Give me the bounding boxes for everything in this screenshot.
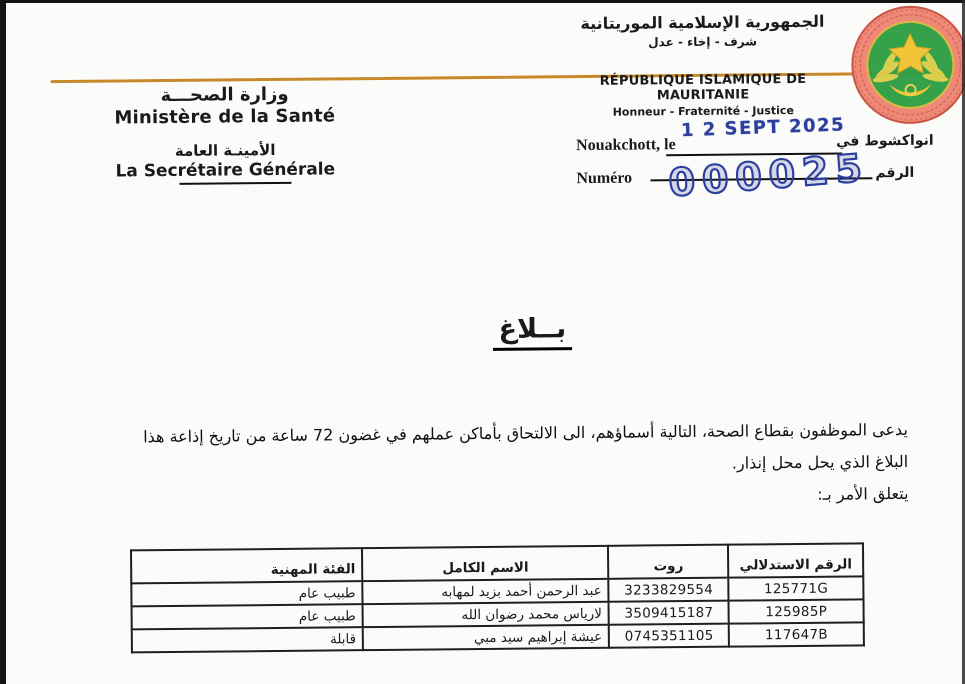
cell-id-number: 117647B [729,622,864,646]
ministry-name-french: Ministère de la Santé [60,105,390,129]
staff-table: الرقم الاستدلالي روت الاسم الكامل الفئة … [130,542,865,653]
cell-phone: 0745351105 [609,624,729,648]
cell-full-name: عبد الرحمن أحمد بزيد لمهابه [363,579,609,604]
place-date-label-french: Nouakchott, le [576,136,676,155]
secretary-underline [179,182,291,185]
document-content: وزارة الصحـــة Ministère de la Santé الأ… [0,0,965,684]
letterhead-right: الجمهورية الإسلامية الموريتانية شرف - إخ… [555,11,851,119]
communique-title-wrap: بــلاغ [100,309,965,354]
cell-profession: قابلة [132,627,363,652]
scan-edge-left [0,0,6,684]
cell-id-number: 125985P [729,599,864,623]
cell-id-number: 125771G [729,576,864,600]
secretary-general-arabic: الأمينـة العامة [60,140,390,161]
col-header-id-number: الرقم الاستدلالي [728,543,863,577]
body-line-3: يتعلق الأمر بـ: [81,478,908,518]
col-header-phone: روت [608,545,728,579]
date-stamp: 1 2 SEPT 2025 [681,114,846,141]
communique-title: بــلاغ [492,313,572,351]
communique-body: يدعى الموظفون بقطاع الصحة، التالية أسماؤ… [81,414,909,518]
cell-phone: 3233829554 [609,578,729,602]
republic-name-arabic: الجمهورية الإسلامية الموريتانية [555,11,850,33]
cell-full-name: لارياس محمد رضوان الله [363,602,609,627]
col-header-profession: الفئة المهنية [131,548,363,583]
cell-profession: طبيب عام [131,581,362,606]
cell-full-name: عيشة إبراهيم سيد مبي [363,625,609,650]
scanned-document-page: وزارة الصحـــة Ministère de la Santé الأ… [0,0,965,684]
motto-arabic: شرف - إخاء - عدل [555,33,850,50]
scan-edge-top [0,0,965,3]
col-header-full-name: الاسم الكامل [362,546,608,581]
letterhead-left: وزارة الصحـــة Ministère de la Santé الأ… [60,83,391,186]
secretary-general-french: La Secrétaire Générale [60,159,390,182]
seal-of-mauritania-icon [849,3,965,126]
cell-phone: 3509415187 [609,601,729,625]
ministry-name-arabic: وزارة الصحـــة [60,83,390,107]
number-label-french: Numéro [576,170,632,189]
republic-name-french: RÉPUBLIQUE ISLAMIQUE DE MAURITANIE [555,71,850,104]
cell-profession: طبيب عام [132,604,363,629]
number-label-arabic: الرقم [875,165,914,181]
